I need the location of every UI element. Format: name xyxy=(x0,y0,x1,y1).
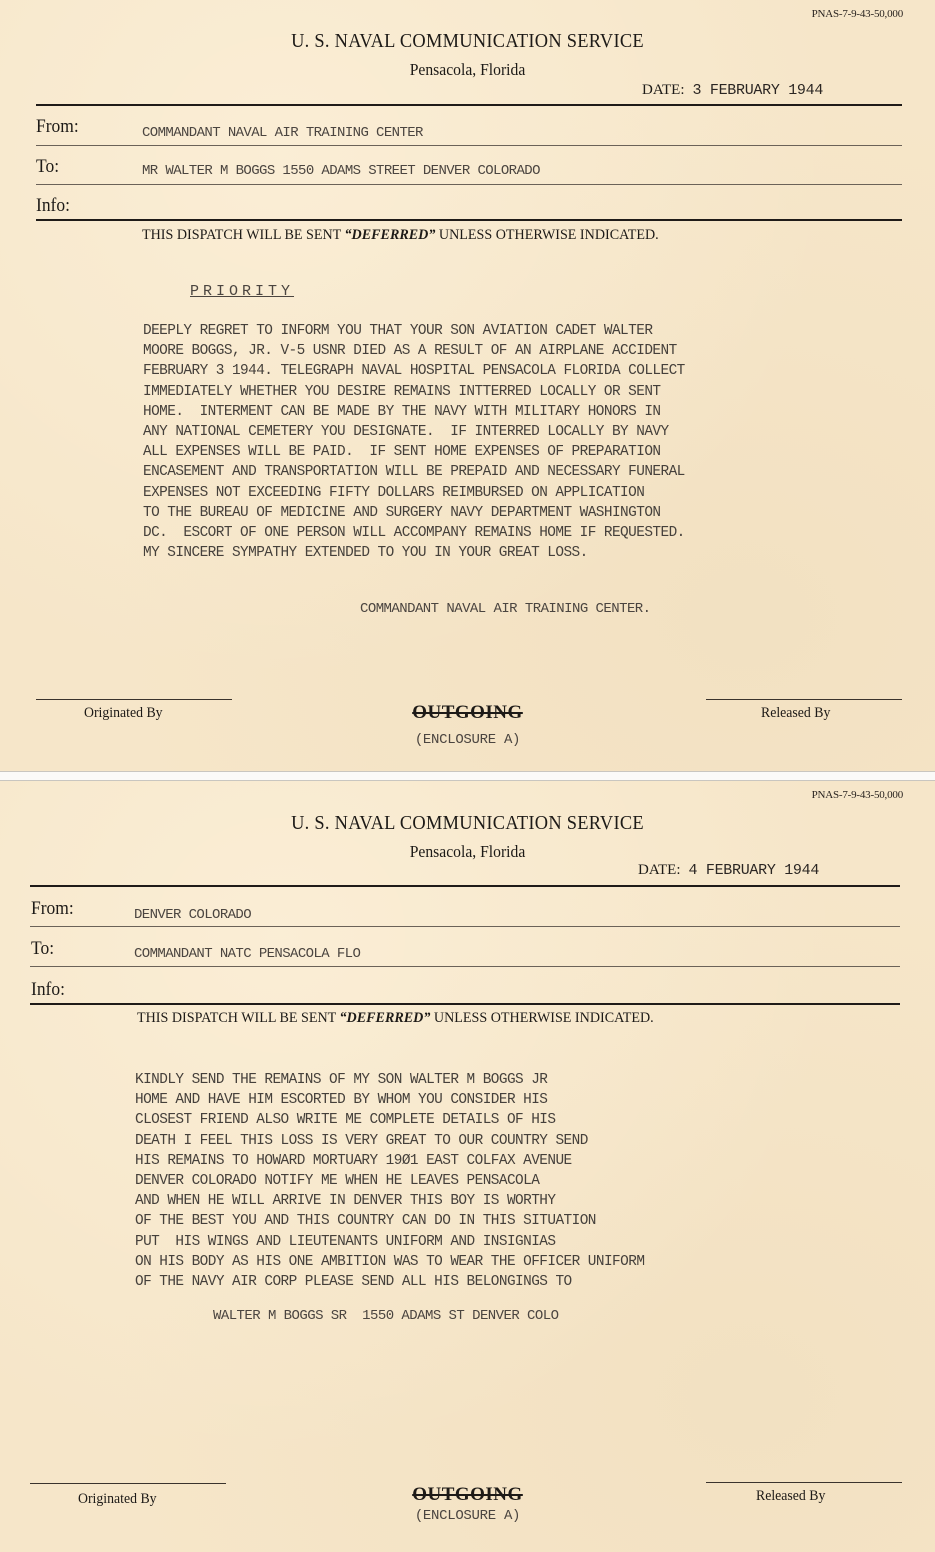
body-line: ENCASEMENT AND TRANSPORTATION WILL BE PR… xyxy=(143,462,685,482)
body-line: HOME AND HAVE HIM ESCORTED BY WHOM YOU C… xyxy=(135,1090,644,1110)
from-label: From: xyxy=(36,116,79,138)
body-line: ALL EXPENSES WILL BE PAID. IF SENT HOME … xyxy=(143,442,685,462)
to-underline xyxy=(36,184,902,185)
priority-marker: PRIORITY xyxy=(190,283,294,300)
body-line: DC. ESCORT OF ONE PERSON WILL ACCOMPANY … xyxy=(143,523,685,543)
date-label: DATE: xyxy=(638,862,681,878)
originated-by-line xyxy=(36,699,232,700)
body-line: ON HIS BODY AS HIS ONE AMBITION WAS TO W… xyxy=(135,1252,644,1272)
body-line: ANY NATIONAL CEMETERY YOU DESIGNATE. IF … xyxy=(143,422,685,442)
from-value: COMMANDANT NAVAL AIR TRAINING CENTER xyxy=(142,125,423,141)
released-by-line xyxy=(706,1482,902,1483)
from-underline xyxy=(30,926,900,927)
body-line: FEBRUARY 3 1944. TELEGRAPH NAVAL HOSPITA… xyxy=(143,361,685,381)
form-number: PNAS-7-9-43-50,000 xyxy=(812,789,903,801)
body-line: DEEPLY REGRET TO INFORM YOU THAT YOUR SO… xyxy=(143,321,685,341)
signature: WALTER M BOGGS SR 1550 ADAMS ST DENVER C… xyxy=(213,1308,558,1324)
to-value: MR WALTER M BOGGS 1550 ADAMS STREET DENV… xyxy=(142,163,540,179)
to-value: COMMANDANT NATC PENSACOLA FLO xyxy=(134,946,360,962)
form-location: Pensacola, Florida xyxy=(37,60,897,80)
date-label: DATE: xyxy=(642,82,685,98)
released-by-label: Released By xyxy=(756,1488,825,1505)
body-line: HOME. INTERMENT CAN BE MADE BY THE NAVY … xyxy=(143,402,685,422)
message-body: KINDLY SEND THE REMAINS OF MY SON WALTER… xyxy=(135,1070,644,1292)
body-line: DEATH I FEEL THIS LOSS IS VERY GREAT TO … xyxy=(135,1131,644,1151)
body-line: OF THE BEST YOU AND THIS COUNTRY CAN DO … xyxy=(135,1211,644,1231)
deferred-notice: THIS DISPATCH WILL BE SENT “DEFERRED” UN… xyxy=(137,1010,654,1027)
body-line: CLOSEST FRIEND ALSO WRITE ME COMPLETE DE… xyxy=(135,1110,644,1130)
deferred-emphasis: “DEFERRED” xyxy=(340,1010,431,1026)
date-value: 3 FEBRUARY 1944 xyxy=(693,82,824,99)
from-label: From: xyxy=(31,898,74,920)
dispatch-form-1: PNAS-7-9-43-50,000 U. S. NAVAL COMMUNICA… xyxy=(0,0,935,771)
enclosure-note: (ENCLOSURE A) xyxy=(0,732,935,748)
info-divider xyxy=(30,1003,900,1005)
info-divider xyxy=(36,219,902,221)
from-value: DENVER COLORADO xyxy=(134,907,251,923)
date-value: 4 FEBRUARY 1944 xyxy=(689,862,820,879)
info-label: Info: xyxy=(31,979,65,1001)
body-line: TO THE BUREAU OF MEDICINE AND SURGERY NA… xyxy=(143,503,685,523)
date-field: DATE:4 FEBRUARY 1944 xyxy=(638,862,819,879)
message-body: DEEPLY REGRET TO INFORM YOU THAT YOUR SO… xyxy=(143,321,685,563)
dispatch-form-2: PNAS-7-9-43-50,000 U. S. NAVAL COMMUNICA… xyxy=(0,781,935,1552)
form-title: U. S. NAVAL COMMUNICATION SERVICE xyxy=(37,30,897,53)
header-divider xyxy=(30,885,900,887)
to-label: To: xyxy=(36,156,59,178)
info-label: Info: xyxy=(36,195,70,217)
deferred-notice: THIS DISPATCH WILL BE SENT “DEFERRED” UN… xyxy=(142,227,659,244)
body-line: MY SINCERE SYMPATHY EXTENDED TO YOU IN Y… xyxy=(143,543,685,563)
released-by-label: Released By xyxy=(761,705,830,722)
body-line: MOORE BOGGS, JR. V-5 USNR DIED AS A RESU… xyxy=(143,341,685,361)
form-location: Pensacola, Florida xyxy=(37,842,897,862)
to-label: To: xyxy=(31,938,54,960)
body-line: PUT HIS WINGS AND LIEUTENANTS UNIFORM AN… xyxy=(135,1232,644,1252)
enclosure-note: (ENCLOSURE A) xyxy=(0,1508,935,1524)
body-line: DENVER COLORADO NOTIFY ME WHEN HE LEAVES… xyxy=(135,1171,644,1191)
body-line: AND WHEN HE WILL ARRIVE IN DENVER THIS B… xyxy=(135,1191,644,1211)
body-line: HIS REMAINS TO HOWARD MORTUARY 19Ø1 EAST… xyxy=(135,1151,644,1171)
page-separator xyxy=(0,771,935,781)
body-line: OF THE NAVY AIR CORP PLEASE SEND ALL HIS… xyxy=(135,1272,644,1292)
released-by-line xyxy=(706,699,902,700)
date-field: DATE:3 FEBRUARY 1944 xyxy=(642,82,823,99)
signature: COMMANDANT NAVAL AIR TRAINING CENTER. xyxy=(360,601,651,617)
body-line: KINDLY SEND THE REMAINS OF MY SON WALTER… xyxy=(135,1070,644,1090)
form-number: PNAS-7-9-43-50,000 xyxy=(812,8,903,20)
form-title: U. S. NAVAL COMMUNICATION SERVICE xyxy=(37,812,897,835)
body-line: IMMEDIATELY WHETHER YOU DESIRE REMAINS I… xyxy=(143,382,685,402)
body-line: EXPENSES NOT EXCEEDING FIFTY DOLLARS REI… xyxy=(143,483,685,503)
to-underline xyxy=(30,966,900,967)
from-underline xyxy=(36,145,902,146)
header-divider xyxy=(36,104,902,106)
deferred-emphasis: “DEFERRED” xyxy=(345,227,436,243)
